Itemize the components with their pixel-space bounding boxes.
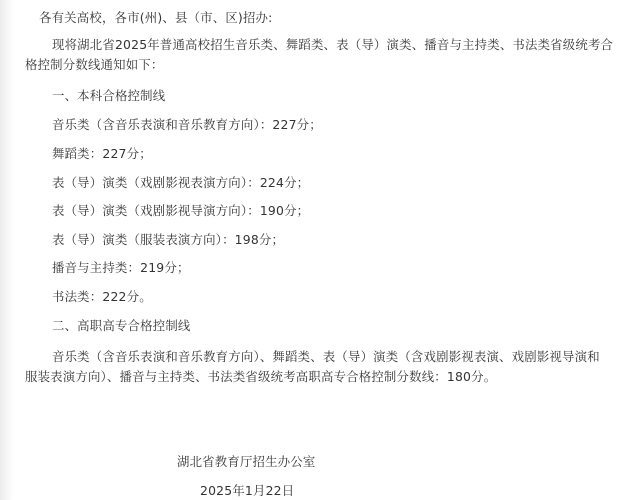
signature-date: 2025年1月22日: [200, 483, 294, 499]
intro-paragraph-line-2: 格控制分数线通知如下：: [25, 57, 164, 73]
section2-paragraph-line-1: 音乐类（含音乐表演和音乐教育方向）、舞蹈类、表（导）演类（含戏剧影视表演、戏剧影…: [52, 349, 600, 365]
score-item-fashion-performance: 表（导）演类（服装表演方向）：198分；: [52, 232, 284, 248]
score-item-music: 音乐类（含音乐表演和音乐教育方向）：227分；: [52, 117, 322, 133]
page-edge-shadow: [0, 0, 14, 500]
score-item-drama-directing: 表（导）演类（戏剧影视导演方向）：190分；: [52, 203, 309, 219]
section2-paragraph-line-2: 服装表演方向）、播音与主持类、书法类省级统考高职高专合格控制分数线：180分。: [25, 369, 496, 385]
score-item-broadcasting: 播音与主持类：219分；: [52, 260, 190, 276]
section2-heading: 二、高职高专合格控制线: [52, 318, 191, 334]
salutation: 各有关高校，各市(州)、县（市、区)招办:: [39, 10, 273, 26]
intro-paragraph-line-1: 现将湖北省2025年普通高校招生音乐类、舞蹈类、表（导）演类、播音与主持类、书法…: [52, 37, 613, 53]
section1-heading: 一、本科合格控制线: [52, 88, 165, 104]
score-item-drama-performance: 表（导）演类（戏剧影视表演方向）：224分；: [52, 175, 309, 191]
score-item-dance: 舞蹈类：227分；: [52, 146, 152, 162]
signature-office: 湖北省教育厅招生办公室: [177, 454, 316, 470]
score-item-calligraphy: 书法类：222分。: [52, 289, 152, 305]
